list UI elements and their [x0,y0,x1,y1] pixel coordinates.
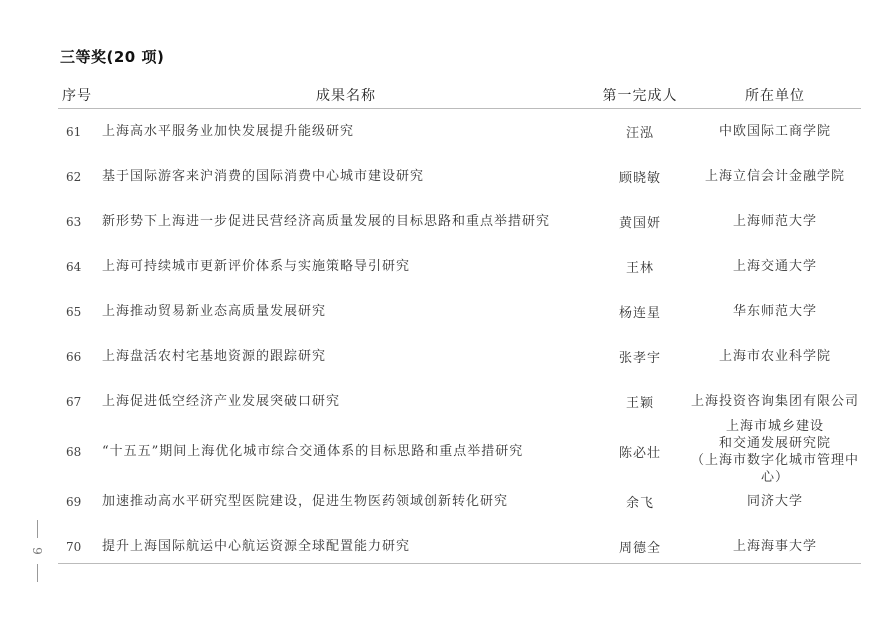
row-unit: 上海立信会计金融学院 [690,168,860,185]
table-row: 69 加速推动高水平研究型医院建设，促进生物医药领域创新转化研究 余飞 同济大学 [58,479,861,524]
row-no: 68 [58,445,102,459]
row-unit: 上海海事大学 [690,538,860,555]
row-no: 69 [58,495,102,509]
table-row: 64 上海可持续城市更新评价体系与实施策略导引研究 王林 上海交通大学 [58,244,861,289]
row-person: 杨连星 [590,302,690,321]
row-person: 张孝宇 [590,347,690,366]
page-dash-top [37,520,38,538]
header-no: 序号 [58,85,102,105]
row-no: 65 [58,305,102,319]
row-no: 64 [58,260,102,274]
row-title: 上海盘活农村宅基地资源的跟踪研究 [102,348,590,365]
table-row: 68 “十五五”期间上海优化城市综合交通体系的目标思路和重点举措研究 陈必壮 上… [58,424,861,479]
row-person: 王林 [590,257,690,276]
row-title: 新形势下上海进一步促进民营经济高质量发展的目标思路和重点举措研究 [102,213,590,230]
page-dash-bottom [37,564,38,582]
table-row: 62 基于国际游客来沪消费的国际消费中心城市建设研究 顾晓敏 上海立信会计金融学… [58,154,861,199]
page-number-marker: 9 [30,520,44,582]
awards-table: 序号 成果名称 第一完成人 所在单位 61 上海高水平服务业加快发展提升能级研究… [58,82,861,569]
row-no: 63 [58,215,102,229]
row-no: 67 [58,395,102,409]
row-unit: 上海投资咨询集团有限公司 [690,393,860,410]
row-title: 上海高水平服务业加快发展提升能级研究 [102,123,590,140]
row-unit: 同济大学 [690,493,860,510]
page-number: 9 [30,544,44,558]
row-person: 黄国妍 [590,212,690,231]
row-title: 基于国际游客来沪消费的国际消费中心城市建设研究 [102,168,590,185]
table-row: 66 上海盘活农村宅基地资源的跟踪研究 张孝宇 上海市农业科学院 [58,334,861,379]
row-no: 66 [58,350,102,364]
row-person: 余飞 [590,492,690,511]
row-title: 加速推动高水平研究型医院建设，促进生物医药领域创新转化研究 [102,493,590,510]
header-title: 成果名称 [102,85,590,105]
row-person: 顾晓敏 [590,167,690,186]
table-row: 65 上海推动贸易新业态高质量发展研究 杨连星 华东师范大学 [58,289,861,334]
row-unit: 中欧国际工商学院 [690,123,860,140]
row-title: “十五五”期间上海优化城市综合交通体系的目标思路和重点举措研究 [102,443,590,460]
row-person: 王颖 [590,392,690,411]
table-row: 61 上海高水平服务业加快发展提升能级研究 汪泓 中欧国际工商学院 [58,109,861,154]
row-person: 汪泓 [590,122,690,141]
row-unit: 上海市农业科学院 [690,348,860,365]
row-title: 提升上海国际航运中心航运资源全球配置能力研究 [102,538,590,555]
table-header: 序号 成果名称 第一完成人 所在单位 [58,82,861,109]
row-no: 70 [58,540,102,554]
header-unit: 所在单位 [690,85,860,105]
row-unit: 上海市城乡建设 和交通发展研究院 （上海市数字化城市管理中心） [690,418,860,486]
header-person: 第一完成人 [590,85,690,105]
row-unit: 上海交通大学 [690,258,860,275]
row-no: 62 [58,170,102,184]
row-person: 周德全 [590,537,690,556]
row-person: 陈必壮 [590,442,690,461]
table-row: 63 新形势下上海进一步促进民营经济高质量发展的目标思路和重点举措研究 黄国妍 … [58,199,861,244]
row-unit: 华东师范大学 [690,303,860,320]
row-title: 上海可持续城市更新评价体系与实施策略导引研究 [102,258,590,275]
row-no: 61 [58,125,102,139]
row-unit: 上海师范大学 [690,213,860,230]
table-bottom-rule [58,563,861,564]
row-title: 上海促进低空经济产业发展突破口研究 [102,393,590,410]
row-title: 上海推动贸易新业态高质量发展研究 [102,303,590,320]
section-title: 三等奖(20 项) [60,46,164,67]
